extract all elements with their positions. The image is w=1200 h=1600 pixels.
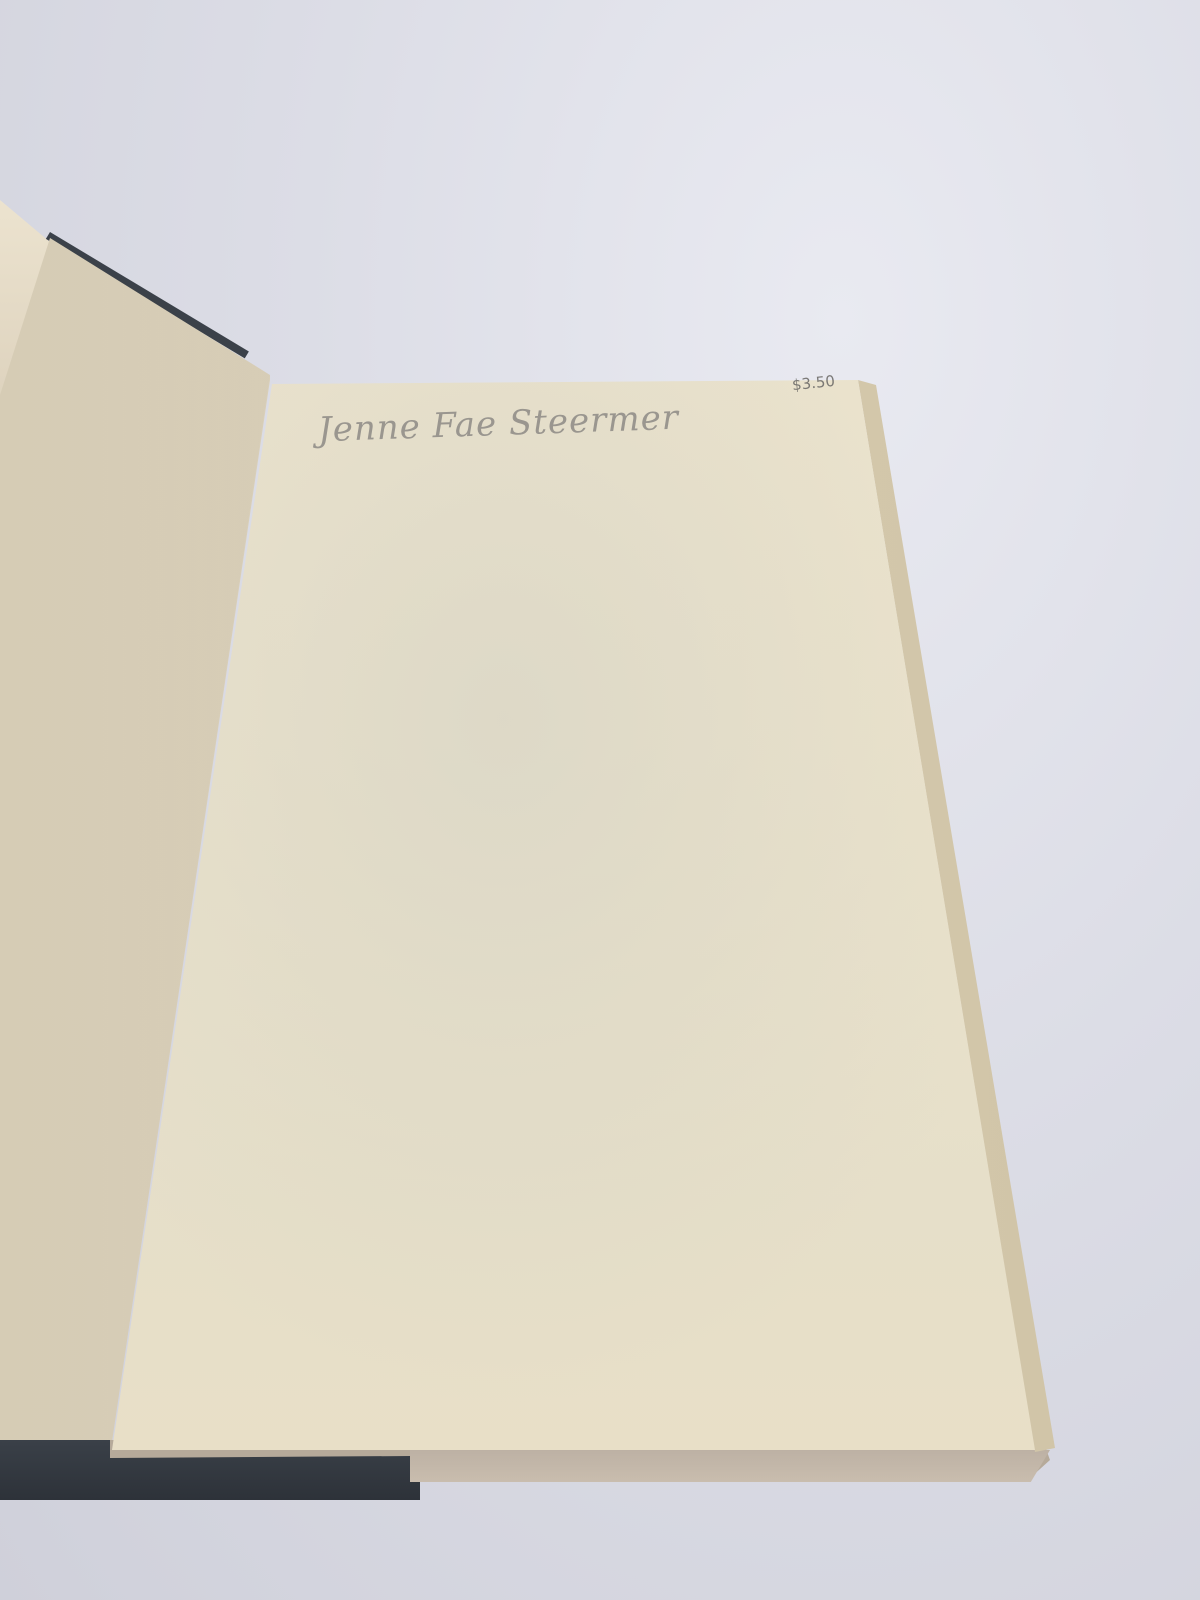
photo-scene: Jenne Fae Steermer $3.50	[0, 0, 1200, 1600]
dust-jacket-edge	[410, 1450, 1050, 1482]
